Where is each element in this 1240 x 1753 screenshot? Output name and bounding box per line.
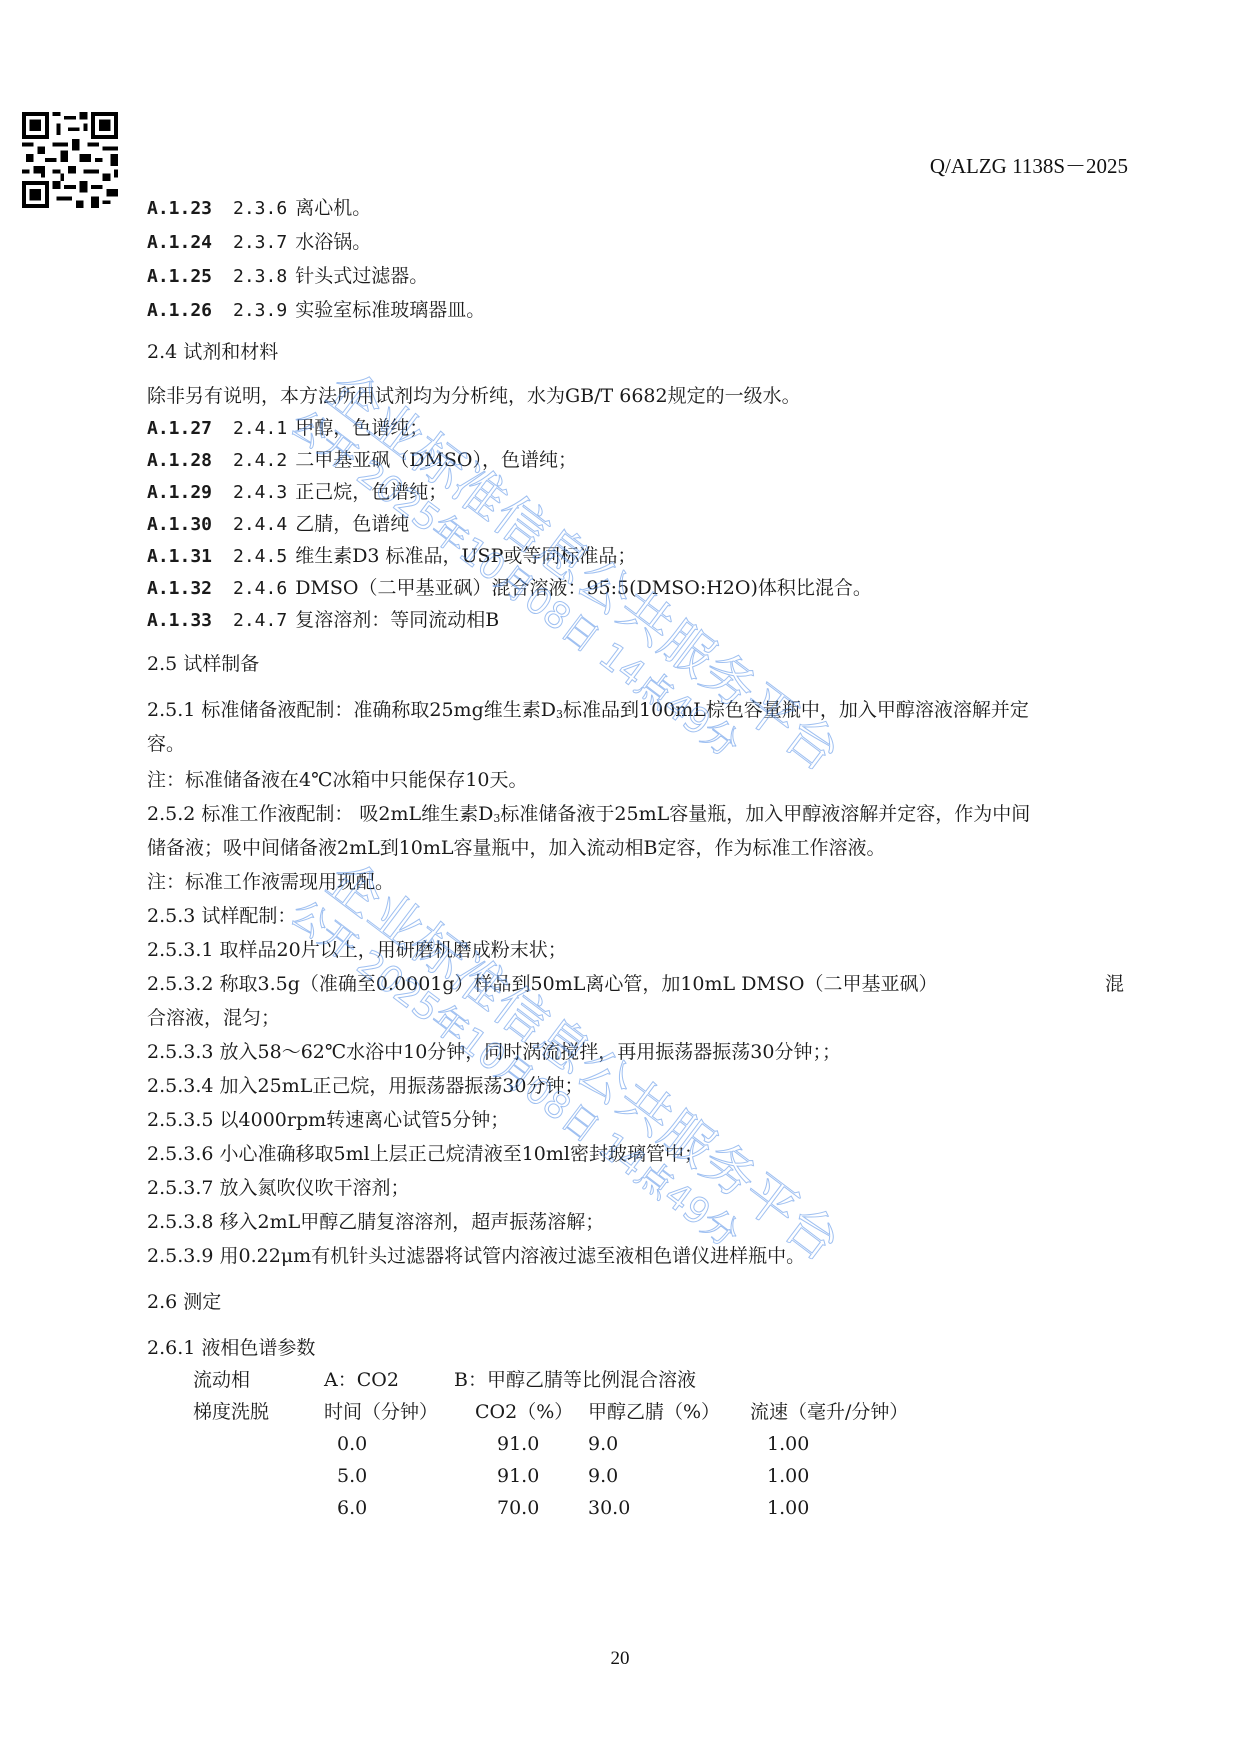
- table-header: 时间（分钟）: [324, 1400, 438, 1424]
- item-number: 2.4.5: [233, 546, 287, 567]
- item-id: A.1.28: [147, 449, 233, 473]
- table-cell: 70.0: [497, 1496, 539, 1520]
- table-cell: 1.00: [767, 1432, 809, 1456]
- step: 2.5.3.5 以4000rpm转速离心试管5分钟；: [147, 1108, 509, 1132]
- item-number: 2.4.3: [233, 482, 287, 503]
- step: 2.5.3.2 称取3.5g（准确至0.0001g）样品到50mL离心管，加10…: [147, 972, 937, 996]
- item-id: A.1.27: [147, 417, 233, 441]
- table-cell: 30.0: [588, 1496, 630, 1520]
- item-id: A.1.32: [147, 577, 233, 601]
- item-id: A.1.29: [147, 481, 233, 505]
- item-id: A.1.23: [147, 197, 233, 221]
- note-1: 注：标准储备液在4℃冰箱中只能保存10天。: [147, 768, 528, 792]
- item-text: 维生素D3 标准品，USP或等同标准品；: [295, 545, 636, 567]
- table-header: CO2（%）: [475, 1400, 573, 1424]
- step: 2.5.3.1 取样品20片以上，用研磨机磨成粉末状；: [147, 938, 567, 962]
- document-code: Q/ALZG 1138S－2025: [930, 150, 1128, 180]
- item-text: 离心机。: [295, 197, 371, 219]
- item-number: 2.3.7: [233, 232, 287, 253]
- step: 2.5.3.7 放入氮吹仪吹干溶剂；: [147, 1176, 410, 1200]
- table-cell: 5.0: [337, 1464, 367, 1488]
- gradient-label: 梯度洗脱: [193, 1400, 269, 1424]
- item-text: 二甲基亚砜（DMSO），色谱纯；: [295, 449, 577, 471]
- list-item: A.1.242.3.7水浴锅。: [147, 230, 371, 255]
- step: 2.5.3.6 小心准确移取5ml上层正己烷清液至10ml密封玻璃管中；: [147, 1142, 703, 1166]
- table-cell: 6.0: [337, 1496, 367, 1520]
- item-text: 实验室标准玻璃器皿。: [295, 299, 485, 321]
- text: 标准储备液于25mL容量瓶，加入甲醇液溶解并定容，作为中间: [500, 803, 1030, 825]
- step: 2.5.3.3 放入58～62℃水浴中10分钟，同时涡流搅拌，再用振荡器振荡30…: [147, 1040, 841, 1064]
- item-id: A.1.33: [147, 609, 233, 633]
- item-text: 正己烷，色谱纯；: [295, 481, 447, 503]
- list-item: A.1.302.4.4乙腈，色谱纯: [147, 512, 409, 537]
- list-item: A.1.252.3.8针头式过滤器。: [147, 264, 428, 289]
- item-text: 水浴锅。: [295, 231, 371, 253]
- text: 2.5.2 标准工作液配制： 吸2mL维生素D: [147, 803, 493, 825]
- text: 2.5.1 标准储备液配制：准确称取25mg维生素D: [147, 699, 556, 721]
- table-header: 流速（毫升/分钟）: [750, 1400, 908, 1424]
- text: 标准品到100mL棕色容量瓶中，加入甲醇溶液溶解并定: [563, 699, 1029, 721]
- mobile-phase-a: A：CO2: [324, 1368, 399, 1392]
- item-text: 复溶溶剂：等同流动相B: [295, 609, 499, 631]
- item-id: A.1.25: [147, 265, 233, 289]
- section-heading-2-4: 2.4 试剂和材料: [147, 340, 278, 364]
- mobile-phase-b: B：甲醇乙腈等比例混合溶液: [454, 1368, 696, 1392]
- section-heading-2-5: 2.5 试样制备: [147, 652, 259, 676]
- list-item: A.1.322.4.6DMSO（二甲基亚砜）混合溶液：95:5(DMSO:H2O…: [147, 576, 872, 601]
- table-row: 5.0 91.0 9.0 1.00: [147, 1464, 1132, 1488]
- sub-heading-2-6-1: 2.6.1 液相色谱参数: [147, 1336, 315, 1360]
- step-tail: 混: [1105, 972, 1124, 996]
- table-cell: 9.0: [588, 1464, 618, 1488]
- list-item: A.1.272.4.1甲醇，色谱纯；: [147, 416, 428, 441]
- item-id: A.1.30: [147, 513, 233, 537]
- table-row: 6.0 70.0 30.0 1.00: [147, 1496, 1132, 1520]
- item-text: 甲醇，色谱纯；: [295, 417, 428, 439]
- item-number: 2.3.8: [233, 266, 287, 287]
- step-cont: 合溶液，混匀；: [147, 1006, 280, 1030]
- step: 2.5.3.4 加入25mL正己烷，用振荡器振荡30分钟；: [147, 1074, 584, 1098]
- item-id: A.1.26: [147, 299, 233, 323]
- list-item: A.1.292.4.3正己烷，色谱纯；: [147, 480, 447, 505]
- item-id: A.1.24: [147, 231, 233, 255]
- section-intro: 除非另有说明，本方法所用试剂均为分析纯，水为GB/T 6682规定的一级水。: [147, 384, 801, 408]
- item-number: 2.3.6: [233, 198, 287, 219]
- paragraph-2-5-3: 2.5.3 试样配制：: [147, 904, 296, 928]
- qr-code-icon: [22, 112, 118, 208]
- item-text: 乙腈，色谱纯: [295, 513, 409, 535]
- paragraph-2-5-1: 2.5.1 标准储备液配制：准确称取25mg维生素D3标准品到100mL棕色容量…: [147, 698, 1029, 727]
- item-number: 2.3.9: [233, 300, 287, 321]
- section-heading-2-6: 2.6 测定: [147, 1290, 221, 1314]
- mobile-phase-row: 流动相 A：CO2 B：甲醇乙腈等比例混合溶液: [147, 1368, 1132, 1392]
- step: 2.5.3.9 用0.22μm有机针头过滤器将试管内溶液过滤至液相色谱仪进样瓶中…: [147, 1244, 805, 1268]
- mobile-phase-label: 流动相: [193, 1368, 250, 1392]
- item-number: 2.4.6: [233, 578, 287, 599]
- table-cell: 1.00: [767, 1496, 809, 1520]
- item-text: 针头式过滤器。: [295, 265, 428, 287]
- step: 2.5.3.8 移入2mL甲醇乙腈复溶溶剂，超声振荡溶解；: [147, 1210, 604, 1234]
- list-item: A.1.332.4.7复溶溶剂：等同流动相B: [147, 608, 499, 633]
- table-cell: 0.0: [337, 1432, 367, 1456]
- paragraph-2-5-2: 2.5.2 标准工作液配制： 吸2mL维生素D3标准储备液于25mL容量瓶，加入…: [147, 802, 1030, 831]
- gradient-header-row: 梯度洗脱 时间（分钟） CO2（%） 甲醇乙腈（%） 流速（毫升/分钟）: [147, 1400, 1132, 1424]
- list-item: A.1.282.4.2二甲基亚砜（DMSO），色谱纯；: [147, 448, 577, 473]
- table-cell: 91.0: [497, 1464, 539, 1488]
- table-cell: 1.00: [767, 1464, 809, 1488]
- note-2: 注：标准工作液需现用现配。: [147, 870, 394, 894]
- page-number: 20: [0, 1648, 1240, 1670]
- item-number: 2.4.1: [233, 418, 287, 439]
- table-cell: 9.0: [588, 1432, 618, 1456]
- item-text: DMSO（二甲基亚砜）混合溶液：95:5(DMSO:H2O)体积比混合。: [295, 577, 872, 599]
- item-number: 2.4.7: [233, 610, 287, 631]
- paragraph-2-5-1-cont: 容。: [147, 732, 185, 756]
- paragraph-2-5-2-cont: 储备液；吸中间储备液2mL到10mL容量瓶中，加入流动相B定容，作为标准工作溶液…: [147, 836, 886, 860]
- list-item: A.1.262.3.9实验室标准玻璃器皿。: [147, 298, 485, 323]
- table-header: 甲醇乙腈（%）: [588, 1400, 720, 1424]
- item-number: 2.4.2: [233, 450, 287, 471]
- item-number: 2.4.4: [233, 514, 287, 535]
- list-item: A.1.312.4.5维生素D3 标准品，USP或等同标准品；: [147, 544, 636, 569]
- subscript: 3: [556, 708, 563, 721]
- item-id: A.1.31: [147, 545, 233, 569]
- table-row: 0.0 91.0 9.0 1.00: [147, 1432, 1132, 1456]
- list-item: A.1.232.3.6离心机。: [147, 196, 371, 221]
- table-cell: 91.0: [497, 1432, 539, 1456]
